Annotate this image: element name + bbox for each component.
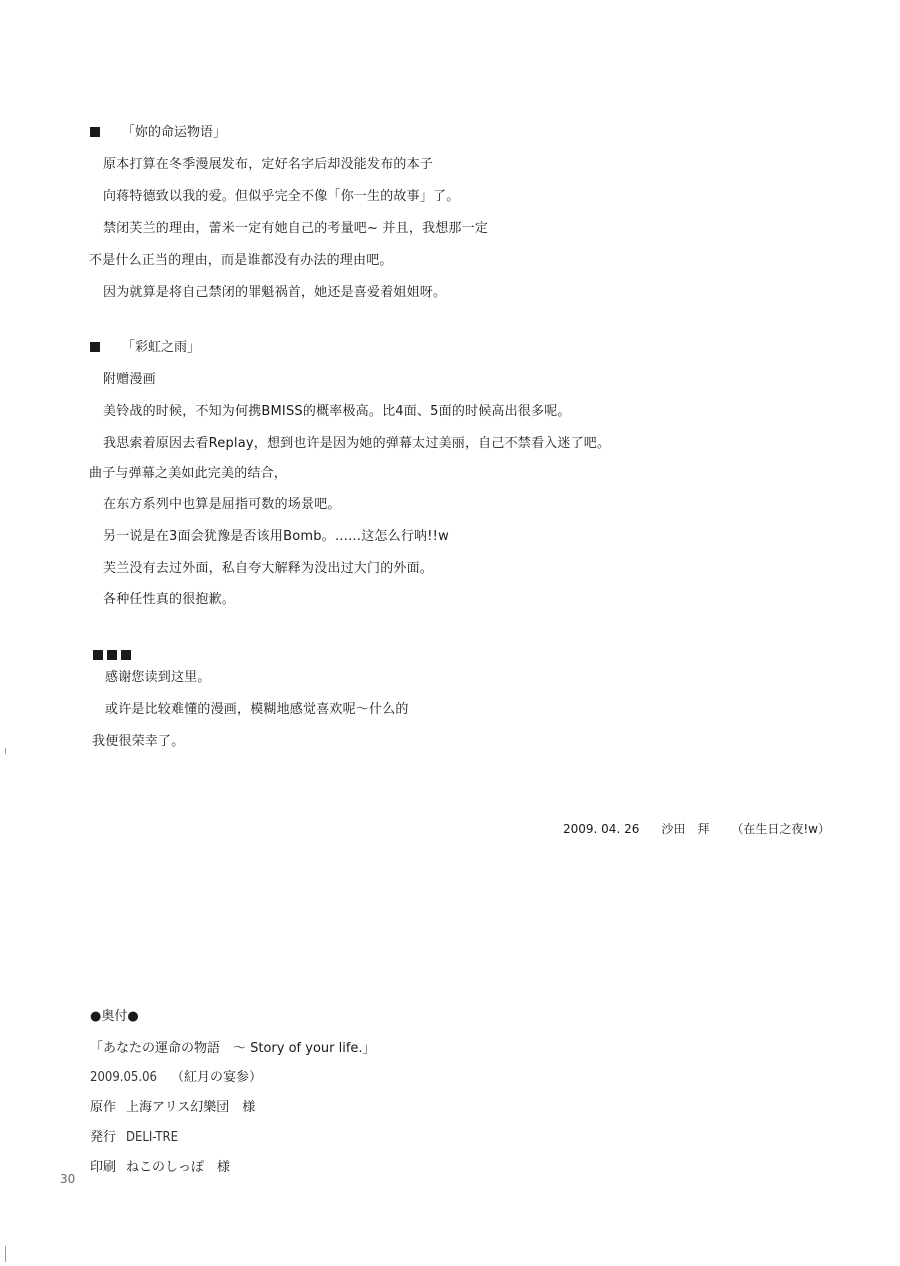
publisher-value: DELI-TRE (126, 1130, 178, 1145)
text-line: 各种任性真的很抱歉。 (103, 592, 235, 608)
publisher-label: 発行 (90, 1130, 116, 1145)
colophon-printer: 印刷ねこのしっぽ 様 (90, 1160, 230, 1176)
signature: 2009. 04. 26沙田 拜（在生日之夜!w） (563, 821, 830, 837)
colophon-date-line: 2009.05.06（紅月の宴参） (90, 1070, 262, 1086)
text-line: 因为就算是将自己禁闭的罪魁祸首，她还是喜爱着姐姐呀。 (103, 285, 446, 301)
signature-note: （在生日之夜!w） (731, 822, 830, 836)
colophon-original: 原作上海アリス幻樂団 様 (90, 1100, 255, 1116)
text-line: 芙兰没有去过外面，私自夸大解释为没出过大门的外面。 (103, 561, 433, 577)
section-title: 「彩虹之雨」 (122, 340, 200, 355)
colophon-title: 「あなたの運命の物語 ～ Story of your life.」 (90, 1041, 376, 1057)
section-heading: 「彩虹之雨」 (90, 340, 200, 356)
printer-value: ねこのしっぽ 様 (126, 1160, 230, 1175)
printer-label: 印刷 (90, 1160, 116, 1175)
page-number: 30 (60, 1172, 75, 1186)
text-line: 附赠漫画 (103, 372, 156, 388)
black-square-icon (93, 650, 103, 660)
text-line: 另一说是在3面会犹豫是否该用Bomb。……这怎么行呐!!w (103, 529, 449, 545)
text-line: 不是什么正当的理由，而是谁都没有办法的理由吧。 (89, 253, 393, 269)
text-line: 曲子与弹幕之美如此完美的结合， (89, 466, 287, 482)
colophon-date: 2009.05.06 (90, 1070, 157, 1085)
signature-author: 沙田 拜 (661, 822, 709, 836)
scan-artifact (5, 748, 6, 754)
text-line: 原本打算在冬季漫展发布，定好名字后却没能发布的本子 (103, 157, 433, 173)
signature-date: 2009. 04. 26 (563, 822, 639, 836)
text-line: 我思索着原因去看Replay，想到也许是因为她的弹幕太过美丽，自己不禁看入迷了吧… (103, 436, 610, 452)
colophon-publisher: 発行DELI-TRE (90, 1130, 178, 1146)
original-value: 上海アリス幻樂団 様 (126, 1100, 255, 1115)
text-line: 我便很荣幸了。 (92, 734, 184, 750)
black-square-icon (90, 127, 100, 137)
text-line: 美铃战的时候，不知为何携BMISS的概率极高。比4面、5面的时候高出很多呢。 (103, 404, 571, 420)
scan-artifact (5, 1246, 6, 1262)
section-title: 「妳的命运物语」 (122, 125, 226, 140)
text-line: 向蒋特德致以我的爱。但似乎完全不像「你一生的故事」了。 (103, 189, 459, 205)
text-line: 禁闭芙兰的理由，蕾米一定有她自己的考量吧~ 并且，我想那一定 (103, 221, 488, 237)
colophon-event: （紅月の宴参） (171, 1070, 262, 1085)
text-line: 在东方系列中也算是屈指可数的场景吧。 (103, 497, 341, 513)
section-heading: 「妳的命运物语」 (90, 125, 226, 141)
text-line: 感谢您读到这里。 (105, 670, 211, 686)
text-line: 或许是比较难懂的漫画，模糊地感觉喜欢呢～什么的 (105, 702, 409, 718)
black-square-icon (107, 650, 117, 660)
section-divider-squares (93, 644, 135, 663)
colophon-heading: ●奥付● (90, 1009, 139, 1025)
black-square-icon (121, 650, 131, 660)
black-square-icon (90, 342, 100, 352)
original-label: 原作 (90, 1100, 116, 1115)
